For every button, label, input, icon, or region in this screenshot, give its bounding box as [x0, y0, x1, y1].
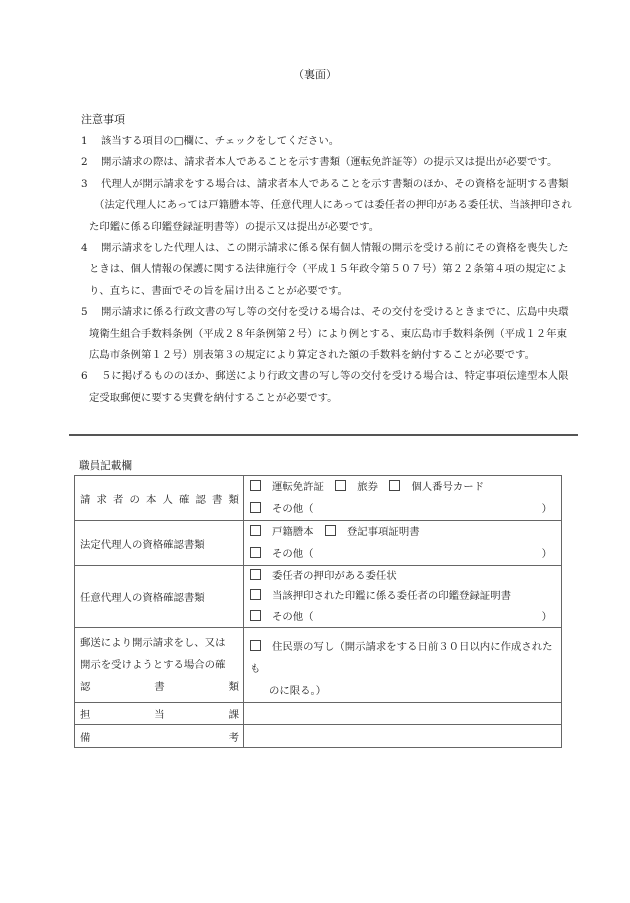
note-text-continued: た印鑑に係る印鑑登録証明書等）の提示又は提出が必要です。	[81, 217, 581, 238]
row-options: 委任者の押印がある委任状 当該押印された印鑑に係る委任者の印鑑登録証明書 その他…	[244, 566, 562, 628]
checkbox-power-of-attorney[interactable]	[250, 569, 261, 580]
option-label-continued: のに限る。）	[250, 680, 557, 702]
department-field[interactable]	[244, 703, 562, 725]
note-text-continued: 境衛生組合手数料条例（平成２８年条例第２号）により例とする、東広島市手数料条例（…	[81, 324, 581, 345]
option-label: 登記事項証明書	[347, 521, 420, 543]
note-text-continued: 広島市条例第１２号）別表第３の規定により算定された額の手数料を納付することが必要…	[81, 345, 581, 366]
checkbox-registry-certificate[interactable]	[325, 525, 336, 536]
checkbox-family-register[interactable]	[250, 525, 261, 536]
note-item: 1該当する項目の□欄に、チェックをしてください。	[81, 131, 581, 152]
note-item: 3代理人が開示請求をする場合は、請求者本人であることを示す書類のほか、その資格を…	[81, 174, 581, 238]
row-label: 担 当 課	[75, 703, 244, 725]
note-item: 5開示請求に係る行政文書の写し等の交付を受ける場合は、その交付を受けるときまでに…	[81, 302, 581, 366]
option-label: 戸籍謄本	[272, 521, 314, 543]
note-text-continued: り、直ちに、書面でその旨を届け出ることが必要です。	[81, 281, 581, 302]
staff-record-table: 請 求 者 の 本 人 確 認 書 類 運転免許証 旅券 個人番号カード	[74, 475, 562, 748]
note-text-continued: 定受取郵便に要する実費を納付することが必要です。	[81, 388, 581, 409]
checkbox-drivers-license[interactable]	[250, 480, 261, 491]
note-item: 4開示請求をした代理人は、この開示請求に係る保有個人情報の開示を受ける前にその資…	[81, 238, 581, 302]
table-row-mail-request: 郵送により開示請求をし、又は 開示を受けようとする場合の確 認 書 類 住民票の…	[75, 628, 562, 703]
note-number: 5	[81, 302, 101, 323]
row-label: 請 求 者 の 本 人 確 認 書 類	[75, 476, 244, 521]
note-text: 該当する項目の□欄に、チェックをしてください。	[101, 135, 339, 147]
note-text: ５に掲げるもののほか、郵送により行政文書の写し等の交付を受ける場合は、特定事項伝…	[101, 370, 569, 382]
checkbox-my-number-card[interactable]	[389, 480, 400, 491]
option-label: その他（	[272, 611, 314, 623]
note-text-continued: （法定代理人にあっては戸籍謄本等、任意代理人にあっては委任者の押印がある委任状、…	[81, 195, 581, 216]
row-options: 住民票の写し（開示請求をする日前３０日以内に作成されたも のに限る。）	[244, 628, 562, 703]
option-label: 当該押印された印鑑に係る委任者の印鑑登録証明書	[272, 590, 511, 602]
table-row-legal-representative: 法定代理人の資格確認書類 戸籍謄本 登記事項証明書 その他（）	[75, 521, 562, 566]
checkbox-passport[interactable]	[335, 480, 346, 491]
table-row-department: 担 当 課	[75, 703, 562, 725]
table-row-requester-id: 請 求 者 の 本 人 確 認 書 類 運転免許証 旅券 個人番号カード	[75, 476, 562, 521]
table-row-remarks: 備 考	[75, 725, 562, 748]
table-row-voluntary-representative: 任意代理人の資格確認書類 委任者の押印がある委任状 当該押印された印鑑に係る委任…	[75, 566, 562, 628]
option-label: 旅券	[357, 476, 378, 498]
option-label: その他（	[272, 503, 314, 515]
note-text: 代理人が開示請求をする場合は、請求者本人であることを示す書類のほか、その資格を証…	[101, 178, 569, 190]
checkbox-other[interactable]	[250, 502, 261, 513]
section-divider	[69, 434, 578, 436]
row-label: 法定代理人の資格確認書類	[75, 521, 244, 566]
option-label: その他（	[272, 548, 314, 560]
checkbox-seal-certificate[interactable]	[250, 589, 261, 600]
option-label: 個人番号カード	[411, 476, 484, 498]
row-options: 運転免許証 旅券 個人番号カード その他（）	[244, 476, 562, 521]
option-label: 委任者の押印がある委任状	[272, 570, 397, 582]
note-item: 2開示請求の際は、請求者本人であることを示す書類（運転免許証等）の提示又は提出が…	[81, 152, 581, 173]
note-number: 4	[81, 238, 101, 259]
row-label: 備 考	[75, 725, 244, 748]
note-text: 開示請求に係る行政文書の写し等の交付を受ける場合は、その交付を受けるときまでに、…	[101, 306, 569, 318]
page-side-label: （裏面）	[0, 66, 630, 82]
row-label: 郵送により開示請求をし、又は 開示を受けようとする場合の確 認 書 類	[75, 628, 244, 703]
note-text-continued: ときは、個人情報の保護に関する法律施行令（平成１５年政令第５０７号）第２２条第４…	[81, 259, 581, 280]
note-text: 開示請求の際は、請求者本人であることを示す書類（運転免許証等）の提示又は提出が必…	[101, 156, 557, 168]
row-options: 戸籍謄本 登記事項証明書 その他（）	[244, 521, 562, 566]
checkbox-other[interactable]	[250, 610, 261, 621]
staff-section-heading: 職員記載欄	[79, 458, 132, 473]
row-label-text: 請 求 者 の 本 人 確 認 書 類	[80, 491, 239, 506]
checkbox-other[interactable]	[250, 547, 261, 558]
checkbox-resident-record[interactable]	[250, 640, 261, 651]
note-number: 3	[81, 174, 101, 195]
document-page: （裏面） 注意事項 1該当する項目の□欄に、チェックをしてください。 2開示請求…	[0, 0, 630, 903]
notes-heading: 注意事項	[81, 111, 125, 127]
note-number: 1	[81, 131, 101, 152]
note-item: 6５に掲げるもののほか、郵送により行政文書の写し等の交付を受ける場合は、特定事項…	[81, 366, 581, 409]
notes-list: 1該当する項目の□欄に、チェックをしてください。 2開示請求の際は、請求者本人で…	[81, 131, 581, 409]
note-number: 2	[81, 152, 101, 173]
note-number: 6	[81, 366, 101, 387]
row-label: 任意代理人の資格確認書類	[75, 566, 244, 628]
remarks-field[interactable]	[244, 725, 562, 748]
option-label: 運転免許証	[272, 476, 324, 498]
note-text: 開示請求をした代理人は、この開示請求に係る保有個人情報の開示を受ける前にその資格…	[101, 242, 569, 254]
option-label: 住民票の写し（開示請求をする日前３０日以内に作成されたも	[250, 641, 553, 675]
